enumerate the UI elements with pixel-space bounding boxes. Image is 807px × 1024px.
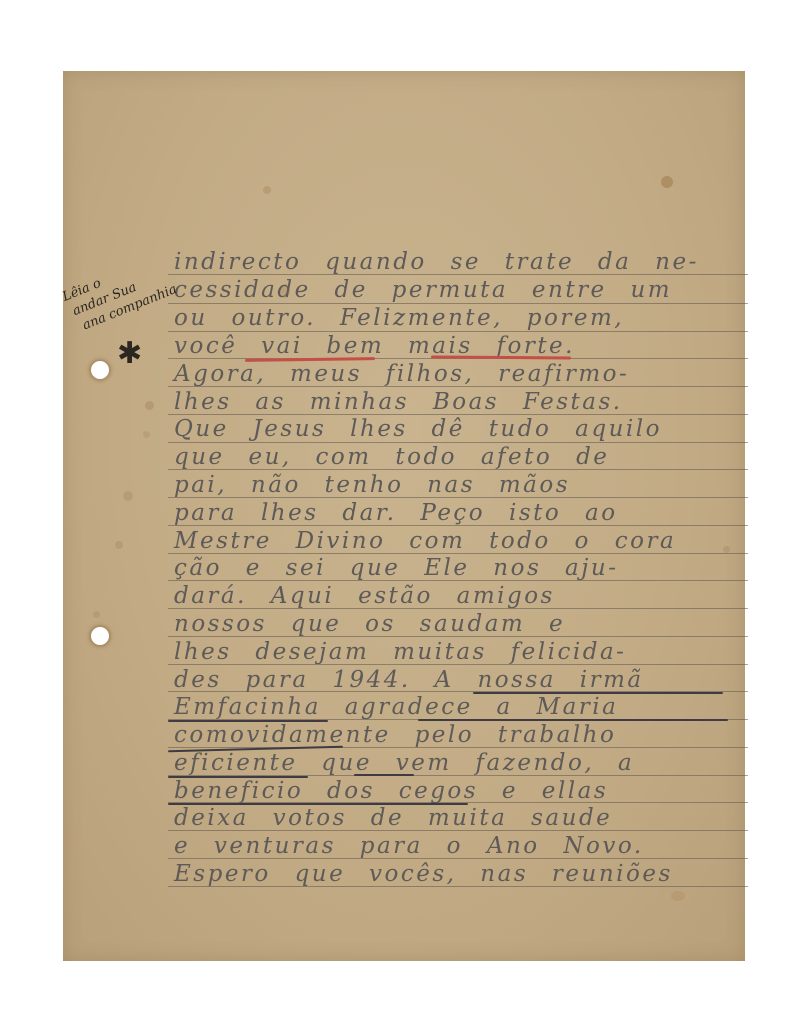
letter-line: Que Jesus lhes dê tudo aquilo (174, 414, 744, 444)
letter-line: lhes as minhas Boas Festas. (174, 387, 744, 417)
letter-line: ção e sei que Ele nos aju- (174, 553, 744, 583)
letter-line: eficiente que vem fazendo, a (174, 748, 744, 778)
pen-underline (473, 692, 723, 694)
letter-page: indirecto quando se trate da ne- cessida… (63, 71, 745, 961)
letter-line: que eu, com todo afeto de (174, 442, 744, 472)
paper-stain (93, 611, 100, 618)
letter-line: cessidade de permuta entre um (174, 275, 744, 305)
letter-line: pai, não tenho nas mãos (174, 470, 744, 500)
letter-line: lhes desejam muitas felicida- (174, 637, 744, 667)
letter-line: ou outro. Felizmente, porem, (174, 303, 744, 333)
asterisk-mark-icon: ✱ (117, 336, 142, 371)
pen-underline (168, 776, 308, 778)
ruled-text-area: indirecto quando se trate da ne- cessida… (168, 71, 748, 961)
letter-line: Agora, meus filhos, reafirmo- (174, 359, 744, 389)
letter-line: des para 1944. A nossa irmã (174, 665, 744, 695)
pen-underline (354, 774, 414, 776)
pen-underline (418, 719, 728, 721)
letter-line: Espero que vocês, nas reuniões (174, 859, 744, 889)
letter-line: indirecto quando se trate da ne- (174, 247, 744, 277)
paper-stain (115, 541, 123, 549)
letter-line: Mestre Divino com todo o cora (174, 526, 744, 556)
paper-stain (123, 491, 133, 501)
letter-line: deixa votos de muita saude (174, 803, 744, 833)
letter-line: beneficio dos cegos e ellas (174, 776, 744, 806)
letter-line: comovidamente pelo trabalho (174, 720, 744, 750)
letter-line: dará. Aqui estão amigos (174, 581, 744, 611)
letter-line: para lhes dar. Peço isto ao (174, 498, 744, 528)
letter-line: e venturas para o Ano Novo. (174, 831, 744, 861)
paper-stain (145, 401, 154, 410)
pen-underline (168, 720, 328, 722)
punch-hole (91, 627, 109, 645)
paper-stain (143, 431, 150, 438)
letter-line: nossos que os saudam e (174, 609, 744, 639)
pen-underline (168, 803, 468, 805)
letter-line: Emfacinha agradece a Maria (174, 692, 744, 722)
